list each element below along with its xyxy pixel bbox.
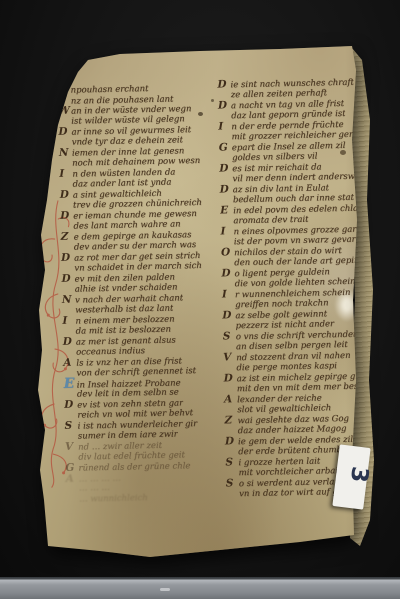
line-initial: Z xyxy=(61,232,74,243)
line-initial: I xyxy=(220,226,233,237)
line-text: occeanus indius xyxy=(76,346,145,358)
line-initial: D xyxy=(220,184,233,195)
line-initial: D xyxy=(60,211,73,222)
line-initial: D xyxy=(224,373,237,384)
table-highlight xyxy=(160,588,170,591)
left-text-column: ⁊ npouhasn erchant V nz an die pouhasen … xyxy=(57,81,234,504)
line-text: alhie ist vnder schaiden xyxy=(75,282,178,295)
line-text: slot vil gewaltichleich xyxy=(237,403,331,415)
table-edge xyxy=(0,577,400,599)
line-initial: N xyxy=(62,295,75,306)
line-initial: S xyxy=(225,457,238,468)
text-line: daz ander haizzet Magog xyxy=(225,423,377,437)
line-initial: G xyxy=(219,142,232,153)
line-initial: D xyxy=(61,253,74,264)
ink-speck xyxy=(292,546,300,550)
line-initial: I xyxy=(59,169,72,180)
line-text: westerhalb ist daz lant xyxy=(75,303,173,316)
line-initial: D xyxy=(219,163,232,174)
line-initial: A xyxy=(224,394,237,405)
line-initial: A xyxy=(63,358,76,369)
line-initial: S xyxy=(226,478,239,489)
line-initial: ⁊ xyxy=(57,85,70,96)
line-text: pezzerz ist nicht ander xyxy=(235,319,334,332)
line-text: aromata dev trait xyxy=(233,214,308,226)
line-initial: O xyxy=(221,247,234,258)
sticker-label: 3 xyxy=(346,465,371,484)
line-initial: V xyxy=(223,352,236,363)
line-initial: D xyxy=(225,436,238,447)
page-content: ⁊ npouhasn erchant V nz an die pouhasen … xyxy=(0,0,400,599)
line-initial: D xyxy=(222,310,235,321)
text-line: … wunnichleich xyxy=(66,491,234,505)
line-initial: D xyxy=(218,100,231,111)
line-initial: I xyxy=(218,121,231,132)
line-initial: I xyxy=(62,316,75,327)
line-initial: E xyxy=(64,379,77,390)
line-initial: Z xyxy=(224,415,237,426)
parchment-leaf-wrap: ⁊ npouhasn erchant V nz an die pouhasen … xyxy=(0,0,400,599)
line-initial: D xyxy=(63,337,76,348)
line-text: mit vorchtleicher arbait xyxy=(239,466,342,479)
line-initial: D xyxy=(60,190,73,201)
line-initial: V xyxy=(65,442,78,453)
line-initial: D xyxy=(221,268,234,279)
line-initial: E xyxy=(220,205,233,216)
line-text: ze allen zeiten perhaft xyxy=(231,88,328,101)
line-initial: D xyxy=(64,400,77,411)
line-initial: S xyxy=(223,331,236,342)
line-initial: W xyxy=(58,106,71,117)
line-text: dev leit in dem selbn se xyxy=(77,387,179,400)
line-initial: D xyxy=(61,274,74,285)
line-text: greiffen noch trakchn xyxy=(235,298,329,310)
line-text: … wunnichleich xyxy=(79,493,148,505)
right-text-column: D ie sint nach wunsches chraft ze allen … xyxy=(217,76,378,499)
line-text: die perge montes kaspi xyxy=(236,361,337,374)
line-text: da mit ist iz beslozzen xyxy=(76,324,172,336)
line-initial: S xyxy=(65,421,78,432)
line-initial: N xyxy=(59,148,72,159)
line-initial: D xyxy=(217,79,230,90)
line-text: daz ander lant ist ynda xyxy=(72,177,171,190)
stain xyxy=(35,139,52,159)
line-text: … … … xyxy=(79,483,110,494)
line-initial: A xyxy=(66,473,79,484)
photo-background: ⁊ npouhasn erchant V nz an die pouhasen … xyxy=(0,0,400,599)
line-text: goldes vn silbers vil xyxy=(232,151,318,163)
parchment-page: ⁊ npouhasn erchant V nz an die pouhasen … xyxy=(0,0,400,599)
line-initial: D xyxy=(58,127,71,138)
line-initial: I xyxy=(222,289,235,300)
